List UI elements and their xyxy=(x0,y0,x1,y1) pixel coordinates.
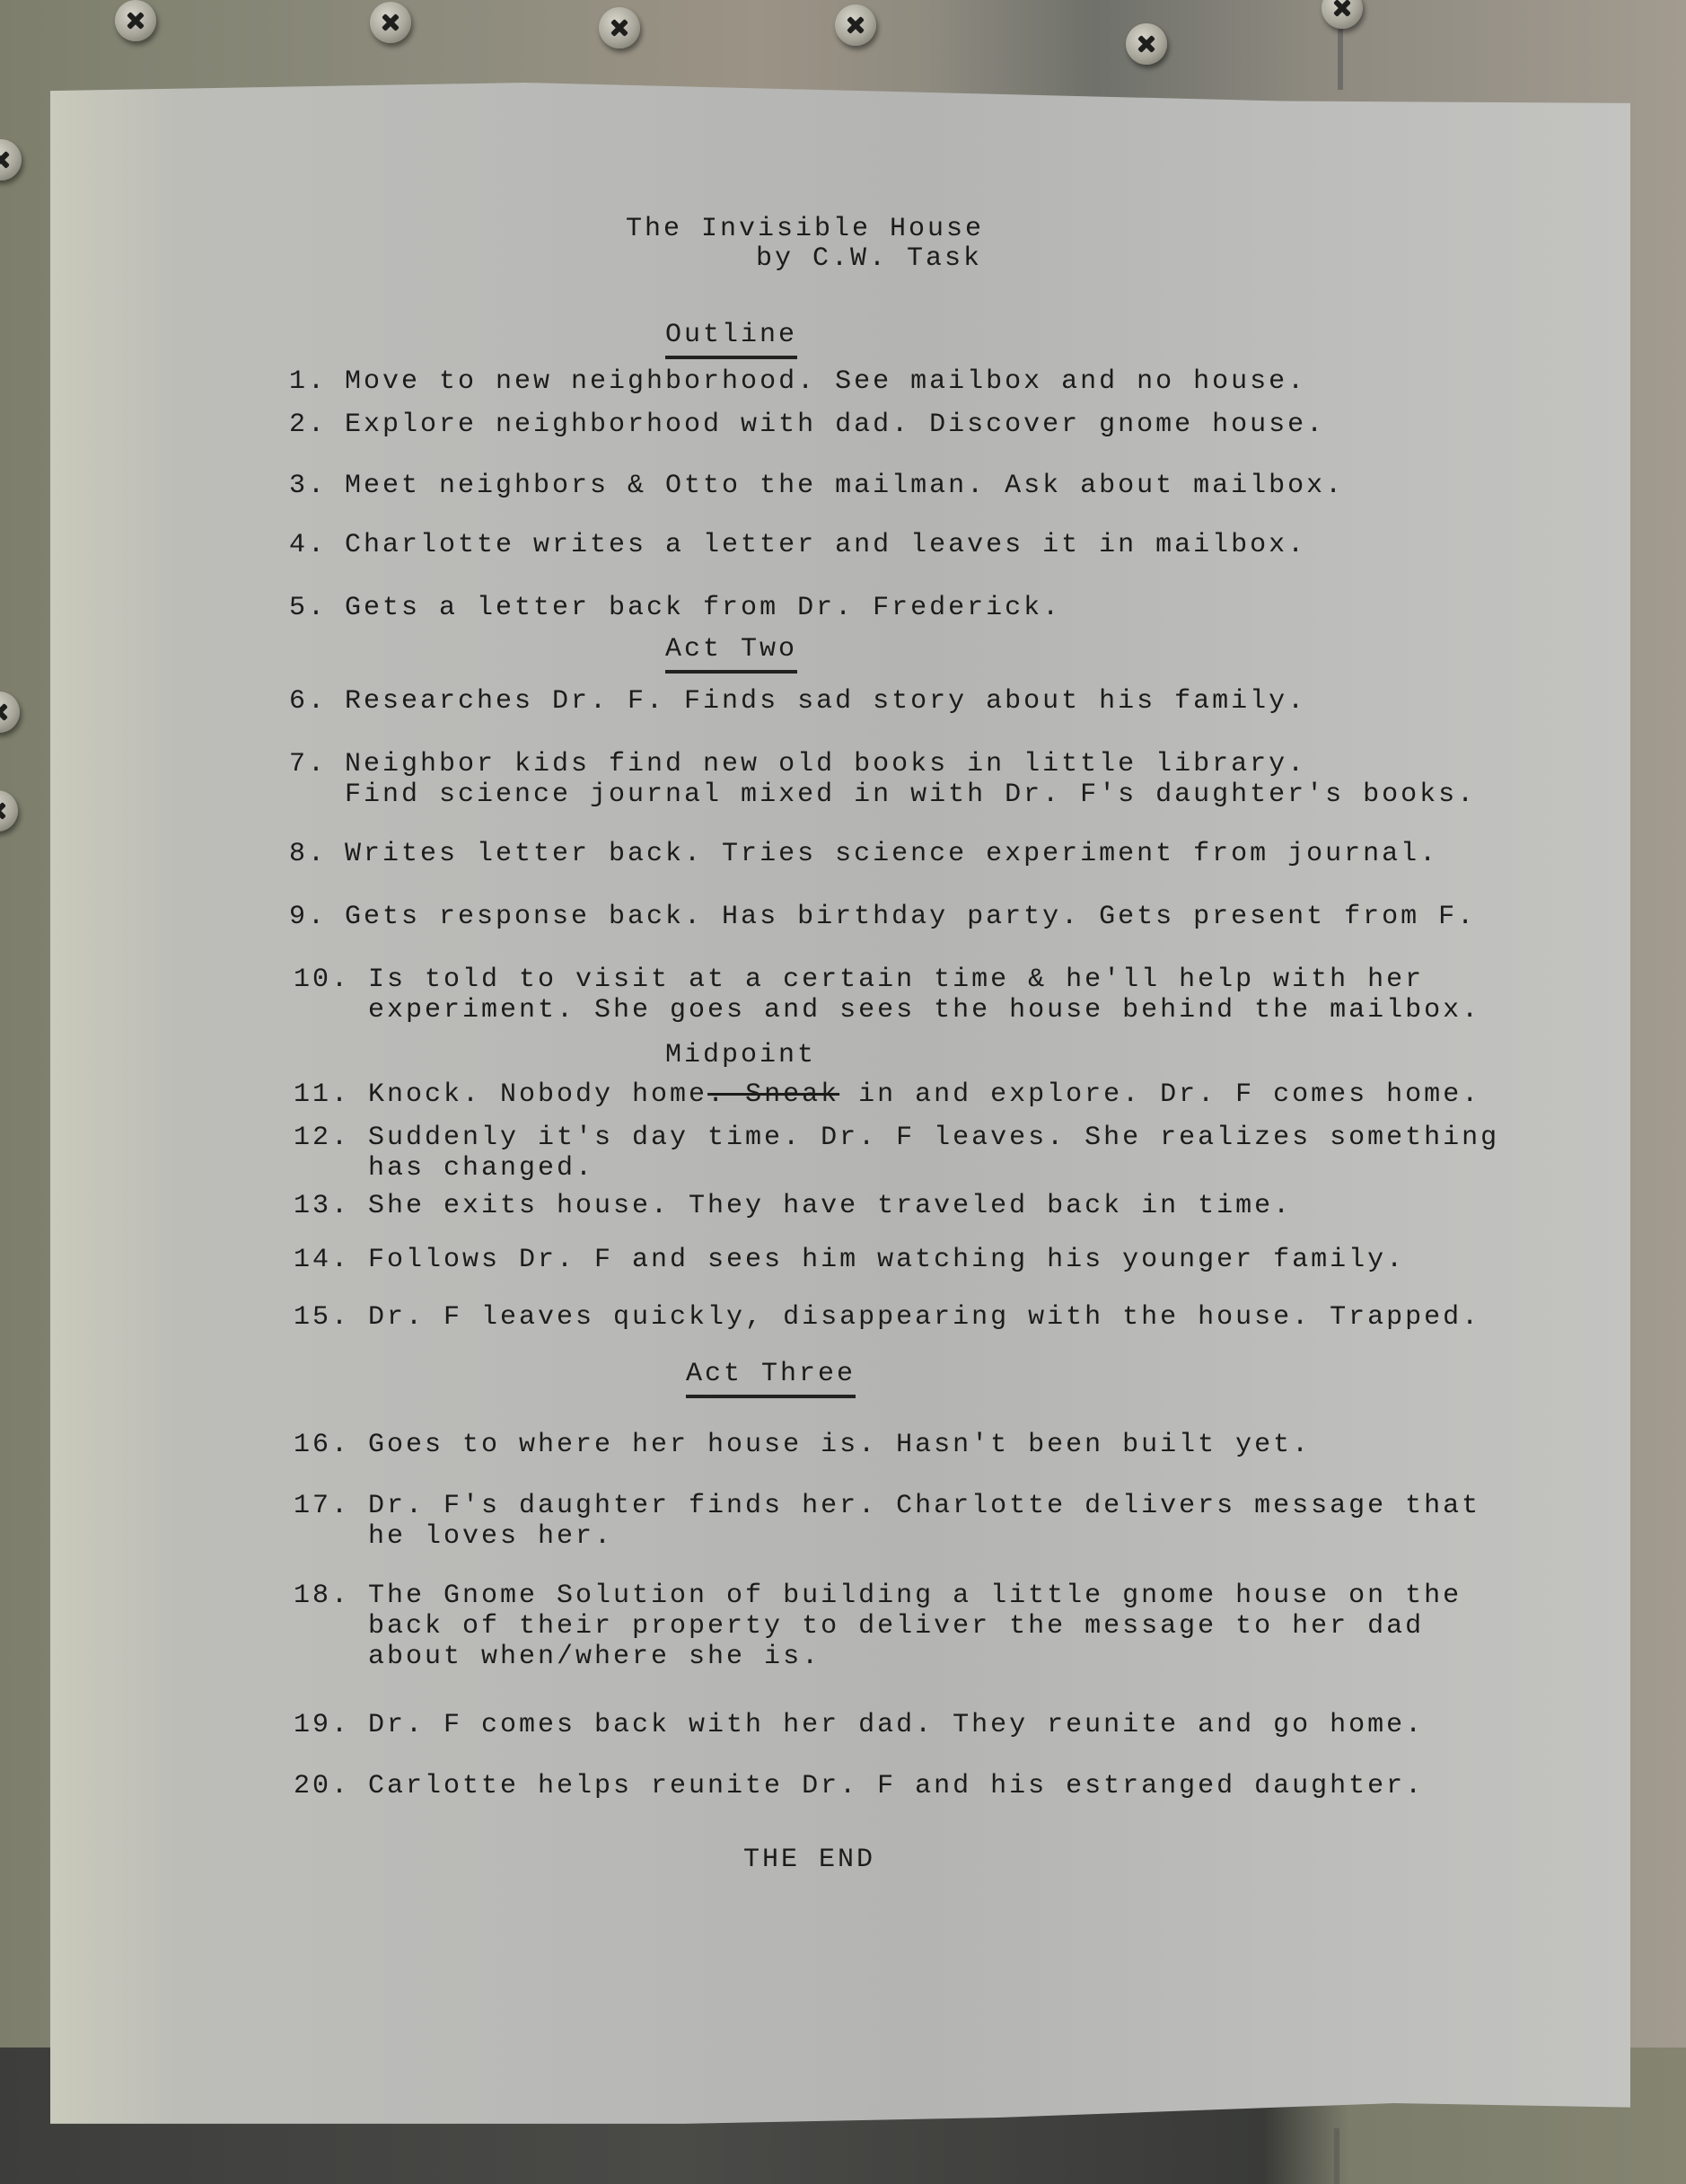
item-number: 3. xyxy=(289,471,327,501)
item-number: 9. xyxy=(289,902,327,932)
item-number: 11. xyxy=(294,1079,350,1110)
item-number: 14. xyxy=(294,1245,350,1275)
item-text: has changed. xyxy=(368,1153,594,1184)
screw-icon xyxy=(0,691,20,733)
item-number: 4. xyxy=(289,530,327,560)
item-number: 5. xyxy=(289,593,327,623)
item-text: The Gnome Solution of building a little … xyxy=(368,1581,1462,1611)
item-number: 10. xyxy=(294,964,350,995)
item-text: Is told to visit at a certain time & he'… xyxy=(368,964,1424,995)
struck-text: . Sneak xyxy=(707,1079,839,1110)
item-text: Dr. F comes back with her dad. They reun… xyxy=(368,1710,1424,1740)
item-number: 13. xyxy=(294,1191,350,1221)
item-text: Find science journal mixed in with Dr. F… xyxy=(345,779,1476,810)
item-number: 1. xyxy=(289,366,327,397)
item-text: Researches Dr. F. Finds sad story about … xyxy=(345,686,1306,717)
item-text: back of their property to deliver the me… xyxy=(368,1611,1424,1642)
document-author: by C.W. Task xyxy=(756,243,982,274)
metal-seam xyxy=(1334,2128,1339,2184)
the-end-label: THE END xyxy=(743,1845,875,1875)
item-number: 6. xyxy=(289,686,327,717)
item-number: 7. xyxy=(289,749,327,779)
item-text: Dr. F leaves quickly, disappearing with … xyxy=(368,1302,1480,1333)
screw-icon xyxy=(599,7,640,48)
item-text: Charlotte writes a letter and leaves it … xyxy=(345,530,1306,560)
item-text: Gets response back. Has birthday party. … xyxy=(345,902,1476,932)
item-text: Move to new neighborhood. See mailbox an… xyxy=(345,366,1306,397)
item-number: 17. xyxy=(294,1491,350,1521)
item-text: Carlotte helps reunite Dr. F and his est… xyxy=(368,1771,1424,1801)
item-text: Dr. F's daughter finds her. Charlotte de… xyxy=(368,1491,1480,1521)
item-text: about when/where she is. xyxy=(368,1642,821,1672)
section-heading-act-two: Act Two xyxy=(665,634,797,665)
section-heading-outline: Outline xyxy=(665,320,797,350)
item-text: Follows Dr. F and sees him watching his … xyxy=(368,1245,1405,1275)
item-number: 19. xyxy=(294,1710,350,1740)
item-text: Goes to where her house is. Hasn't been … xyxy=(368,1430,1311,1460)
item-text: Writes letter back. Tries science experi… xyxy=(345,839,1438,869)
item-number: 16. xyxy=(294,1430,350,1460)
screw-icon xyxy=(115,0,156,41)
section-heading-act-three: Act Three xyxy=(686,1359,856,1389)
item-text: Knock. Nobody home. Sneak in and explore… xyxy=(368,1079,1480,1110)
item-text: Neighbor kids find new old books in litt… xyxy=(345,749,1306,779)
item-number: 8. xyxy=(289,839,327,869)
item-text: She exits house. They have traveled back… xyxy=(368,1191,1292,1221)
item-number: 18. xyxy=(294,1581,350,1611)
item-number: 12. xyxy=(294,1123,350,1153)
screw-icon xyxy=(1322,0,1363,29)
item-text: Gets a letter back from Dr. Frederick. xyxy=(345,593,1061,623)
section-heading-midpoint: Midpoint xyxy=(665,1040,816,1070)
screw-icon xyxy=(835,4,876,46)
item-text: Explore neighborhood with dad. Discover … xyxy=(345,409,1325,440)
item-number: 15. xyxy=(294,1302,350,1333)
screw-icon xyxy=(370,2,411,43)
screw-icon xyxy=(0,790,18,832)
item-text: experiment. She goes and sees the house … xyxy=(368,995,1480,1026)
item-text: Suddenly it's day time. Dr. F leaves. Sh… xyxy=(368,1123,1499,1153)
screw-icon xyxy=(0,139,22,181)
screw-icon xyxy=(1126,23,1167,65)
item-text: he loves her. xyxy=(368,1521,613,1552)
document-title: The Invisible House xyxy=(626,214,984,244)
item-number: 20. xyxy=(294,1771,350,1801)
item-text: Meet neighbors & Otto the mailman. Ask a… xyxy=(345,471,1344,501)
item-number: 2. xyxy=(289,409,327,440)
